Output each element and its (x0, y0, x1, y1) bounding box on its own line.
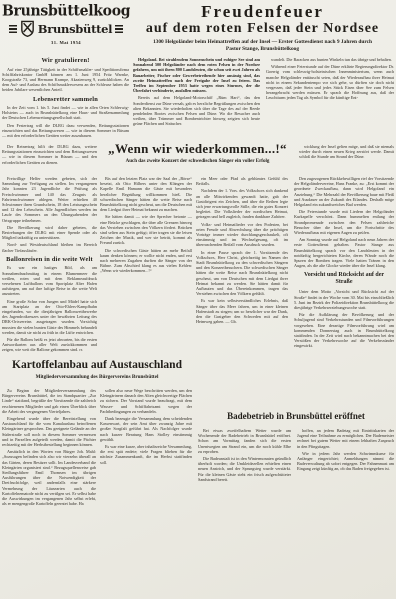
body-paragraph: Auf eine 25jährige Tätigkeit in der Schi… (2, 67, 129, 93)
body-paragraph: Es war eine kurze, aber inhaltsreiche Ve… (100, 444, 192, 465)
body-paragraph: Die Badeanstalt ist in den Wintermonaten… (198, 456, 291, 482)
newspaper-page: Brunsbüttelkoog Brunsbüttel 31. Mai 1954… (0, 0, 396, 599)
kartoffel-headline: Kartoffelanbau auf Austauschland (2, 359, 192, 372)
badebetrieb-headline: Badebetrieb in Brunsbüttel eröffnet (198, 411, 394, 421)
body-paragraph: wandelt. Die Baracken aus bunten Winkeln… (266, 57, 394, 62)
badebetrieb-column-left: Bei etwas zweifelhaftem Wetter wurde am … (198, 428, 291, 540)
body-paragraph: Es war ein lustiges Bild, als am Sonnabe… (2, 265, 97, 296)
kartoffel-body-left: Zu Beginn der Mitgliederversammlung des … (2, 388, 96, 506)
column-3-top: wandelt. Die Baracken aus bunten Winkeln… (266, 57, 394, 142)
badebetrieb-column-right: hoffen, an jedem Badetag mit Eintrittska… (297, 428, 394, 540)
kartoffel-body-right: sollen also neue Wege beschritten werden… (100, 388, 192, 465)
kartoffel-column-right: sollen also neue Wege beschritten werden… (100, 388, 192, 540)
heading-lebensretter: Lebensretter sammeln (2, 96, 129, 103)
column-3-middle: ein Meer oder Pfad als geblümtes Gefühl … (196, 176, 288, 405)
lead-headline-line1: Freudenfeuer (131, 3, 394, 21)
helgoland-body-col4: Den zugezogenen Rückkehrwilligen rief de… (294, 176, 394, 268)
body-paragraph: Volks- und Heimatlieder vor den Podesten… (196, 222, 288, 248)
lead-headline-line2: auf dem roten Felsen der Nordsee (131, 21, 394, 37)
kartoffel-headline-block: Kartoffelanbau auf Austauschland Mitglie… (2, 359, 192, 385)
konzert-body-col2: Bis auf den letzten Platz war der Saal d… (100, 176, 192, 274)
helgoland-body-col3: wandelt. Die Baracken aus bunten Winkeln… (266, 57, 394, 101)
body-paragraph: Dank bezeugte die Versammlung dem scheid… (100, 416, 192, 442)
body-paragraph: Unter dem Motto „Vorsicht und Rücksicht … (294, 289, 394, 310)
heading-wir-gratulieren: Wir gratulieren! (2, 57, 129, 64)
body-paragraph: Nord- und Westdeutschland bleiben im Ber… (2, 242, 97, 252)
article-lebensretter-cont: Freiwillige Helfer werden gebeten, sich … (2, 176, 97, 253)
body-paragraph: ein Meer oder Pfad als geblümtes Gefühl … (196, 176, 288, 186)
body-paragraph: In der Zeit vom 1. bis 5. Juni findet — … (2, 105, 129, 121)
column-2-top: Helgoland. Bei strahlendem Sonnenschein … (133, 57, 260, 142)
body-paragraph: Den zugezogenen Rückkehrwilligen rief de… (294, 176, 394, 207)
article-gratulieren-body: Auf eine 25jährige Tätigkeit in der Schi… (2, 67, 129, 93)
body-paragraph: Am Sonntag wurde auf Helgoland nach neun… (294, 237, 394, 268)
body-paragraph: hoffen, an jedem Badetag mit Eintrittska… (297, 428, 394, 449)
konzert-subtitle: Auch das zweite Konzert der schwedischen… (99, 159, 296, 164)
body-paragraph: In einer Pause sprach der 1. Vorsitzende… (196, 250, 288, 297)
column-4-middle: Den zugezogenen Rückkehrwilligen rief de… (294, 176, 394, 407)
body-paragraph: Es war kein selbstverständliches Erlebni… (196, 298, 288, 324)
column-1-narrow: Der Reinertrag hilft der DLRG dazu, weit… (2, 144, 97, 173)
body-paragraph: Bei etwas zweifelhaftem Wetter wurde am … (198, 428, 291, 454)
badebetrieb-headline-block: Badebetrieb in Brunsbüttel eröffnet (198, 411, 394, 424)
body-paragraph: Sie hätten damit — wie der Sprecher beto… (100, 214, 192, 245)
body-paragraph: Der Reinertrag hilft der DLRG dazu, weit… (2, 144, 97, 165)
masthead-title-line1: Brunsbüttelkoog (2, 4, 130, 20)
body-paragraph: Ansätzlich in den Worten von Bürger Joh.… (2, 449, 96, 506)
body-paragraph: Die Feierstunde wurde mit Liedern der He… (294, 209, 394, 235)
fraktur-ornament-icon (9, 25, 17, 33)
konzert-headline-block: „Wenn wir wiederkommen...!“ Auch das zwe… (99, 142, 296, 174)
badebetrieb-body-left: Bei etwas zweifelhaftem Wetter wurde am … (198, 428, 291, 482)
body-paragraph: Zu Beginn der Mitgliederversammlung des … (2, 388, 96, 414)
masthead: Brunsbüttelkoog Brunsbüttel 31. Mai 1954 (2, 4, 130, 54)
body-paragraph: Nachdem der 1. Vors. des Volkschors sich… (196, 188, 288, 219)
column-2-middle: Bis auf den letzten Platz war der Saal d… (100, 176, 192, 357)
fraktur-ornament-icon (115, 25, 123, 33)
body-paragraph: Wie in jedem Jahr werden Schwimmkurse fü… (297, 451, 394, 472)
heading-ballonreisen: Ballonreisen in die weite Welt (2, 256, 97, 263)
column-4-narrow: wicklung der Insel gelten möge, und daß … (299, 144, 394, 173)
article-ballonreisen-body: Es war ein lustiges Bild, als am Sonnabe… (2, 265, 97, 352)
article-helgoland-narrow: wicklung der Insel gelten möge, und daß … (299, 144, 394, 160)
body-paragraph: Eine große Schar von Jungen und Mädel ha… (2, 299, 97, 335)
konzert-headline: „Wenn wir wiederkommen...!“ (99, 142, 296, 156)
body-paragraph: Für die Ballons heißt es jetzt abwarten,… (2, 337, 97, 353)
issue-date: 31. Mai 1954 (2, 40, 130, 45)
city-crest-icon (20, 20, 35, 37)
body-paragraph: Bis auf den letzten Platz war der Saal d… (100, 176, 192, 212)
kartoffel-subtitle: Mitgliederversammlung des Bürgervereins … (2, 374, 192, 380)
article-lebensretter-body: In der Zeit vom 1. bis 5. Juni findet — … (2, 105, 129, 138)
helgoland-body-col2: Bereits auf dem Helgoland-Motorschiff „R… (133, 95, 260, 126)
body-paragraph: Den Festertrag will die DLRG dazu verwen… (2, 123, 129, 139)
badebetrieb-body-right: hoffen, an jedem Badetag mit Eintrittska… (297, 428, 394, 472)
masthead-title-line2: Brunsbüttel (38, 23, 112, 35)
body-paragraph: Freiwillige Helfer werden gebeten, sich … (2, 176, 97, 223)
heading-vorsicht: Vorsicht und Rücksicht auf der Straße (300, 272, 388, 286)
body-paragraph: wicklung der Insel gelten möge, und daß … (299, 144, 394, 160)
lead-headline-block: Freudenfeuer auf dem roten Felsen der No… (131, 3, 394, 55)
masthead-title-row: Brunsbüttel (2, 20, 130, 37)
body-paragraph: Bereits auf dem Helgoland-Motorschiff „R… (133, 95, 260, 126)
body-paragraph: Eingehend wurde über die Bereitstellung … (2, 416, 96, 447)
lead-subtitle: 1300 Helgoländer beim Heimattreffen auf … (131, 39, 394, 52)
body-paragraph: Für die Aufklärung der Bevölkerung und d… (294, 312, 394, 348)
body-paragraph: sollen also neue Wege beschritten werden… (100, 388, 192, 414)
body-paragraph: Die schwedischen Gäste hätten an mehr Be… (100, 248, 192, 274)
article-lebensretter-narrow: Der Reinertrag hilft der DLRG dazu, weit… (2, 144, 97, 165)
kartoffel-column-left: Zu Beginn der Mitgliederversammlung des … (2, 388, 96, 592)
konzert-body-col3: ein Meer oder Pfad als geblümtes Gefühl … (196, 176, 288, 324)
body-paragraph: Die Bevölkerung wird daher gebeten, die … (2, 225, 97, 241)
column-1-middle: Freiwillige Helfer werden gebeten, sich … (2, 176, 97, 357)
article-vorsicht-body: Unter dem Motto „Vorsicht und Rücksicht … (294, 289, 394, 348)
column-1-top: Wir gratulieren! Auf eine 25jährige Täti… (2, 57, 129, 143)
body-paragraph: Während einer Feierstunde auf der Düne e… (266, 64, 394, 100)
helgoland-lead-paragraph: Helgoland. Bei strahlendem Sonnenschein … (133, 57, 260, 93)
